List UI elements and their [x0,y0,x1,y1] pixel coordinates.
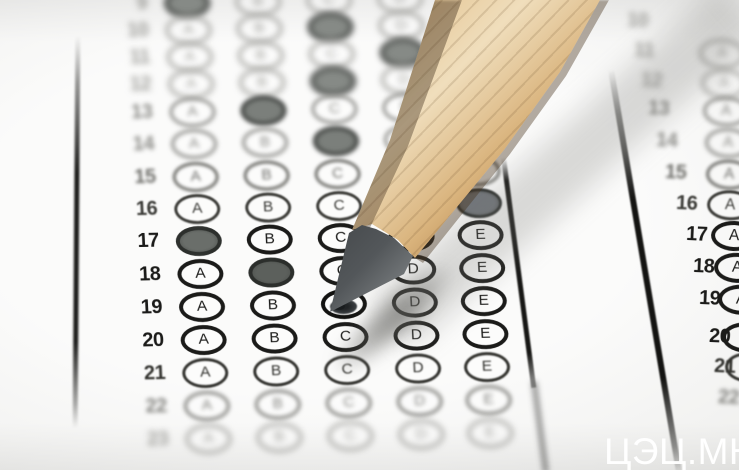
answer-row-right-19: 19A [698,283,739,321]
bubble-letter: A [736,291,739,309]
bubble-A-partial: A [702,95,739,127]
bubble-letter: A [722,134,733,152]
bubble-letter: A [720,102,731,120]
bubble-letter: A [729,227,739,245]
question-number: 14 [656,129,701,154]
question-number: 10 [627,9,672,34]
question-number: 22 [718,386,739,411]
question-number: 15 [665,161,710,186]
bubble-letter: A [723,166,734,184]
bubble-A-partial: A [705,159,739,191]
photo-canvas: { "scene": "Photograph of a multiple-cho… [0,0,739,470]
bubble-letter: A [724,196,735,214]
bubble-letter: A [718,74,729,92]
bubble-letter: A [732,259,739,277]
bubble-A-partial: A [704,127,739,159]
watermark: ЦЭЦ.МН [604,431,739,470]
answer-row-right-22: 22 [717,382,739,420]
